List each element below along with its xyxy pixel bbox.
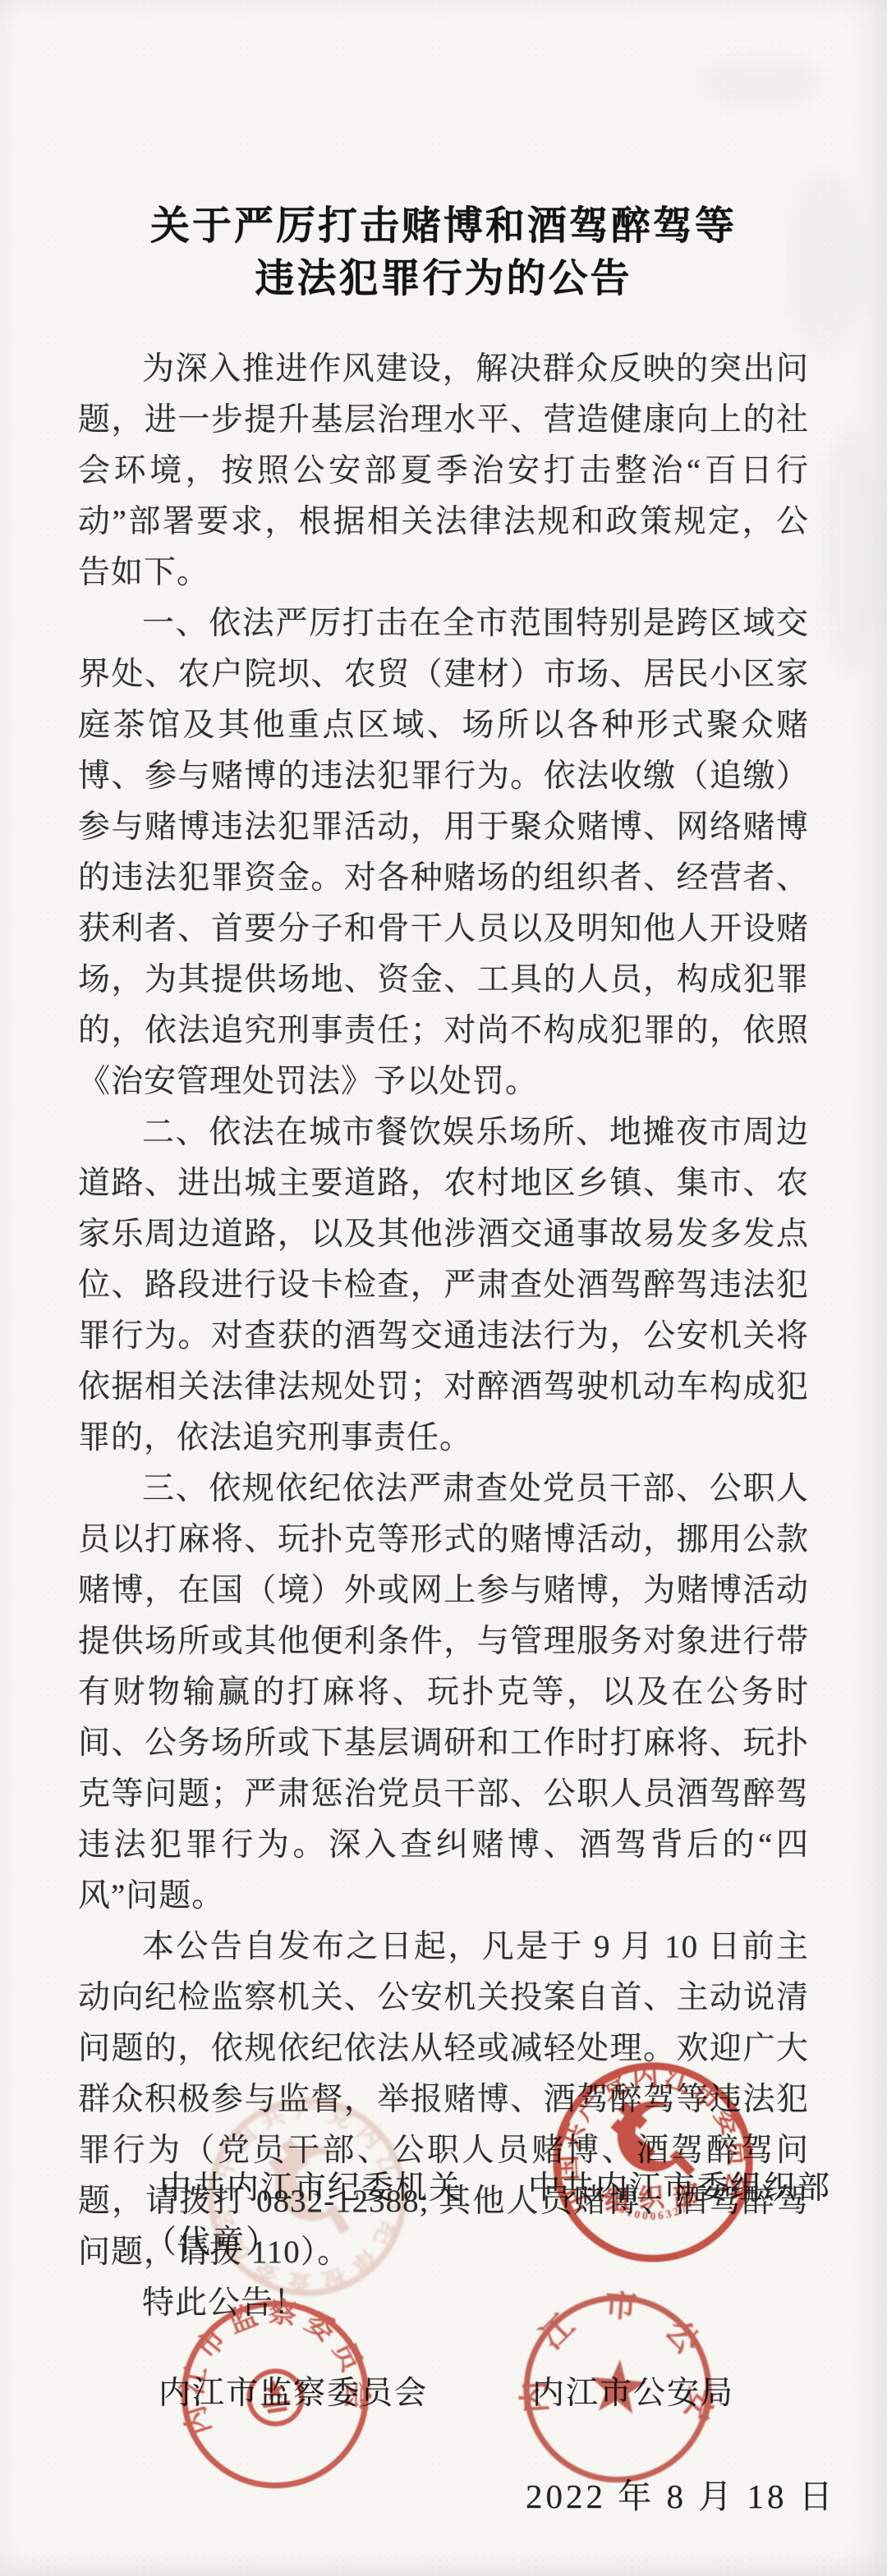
paragraph-item-3: 三、依规依纪依法严肃查处党员干部、公职人员以打麻将、玩扑克等形式的赌博活动，挪用… [78, 1464, 809, 1922]
scanned-announcement-page: 关于严厉打击赌博和酒驾醉驾等 违法犯罪行为的公告 为深入推进作风建设，解决群众反… [0, 0, 887, 2576]
paragraph-item-2: 二、依法在城市餐饮娱乐场所、地摊夜市周边道路、进出城主要道路，农村地区乡镇、集市… [78, 1107, 809, 1464]
hammer-sickle-icon [259, 2135, 364, 2235]
national-emblem-icon [246, 2367, 306, 2427]
stamp-public-security-bureau: 内江市公安局 [512, 2283, 724, 2495]
scan-smudge [698, 57, 821, 107]
title-line-2: 违法犯罪行为的公告 [0, 253, 887, 305]
star-icon [588, 2357, 648, 2414]
stamp-supervisory-commission: 内江市监察委员会 [165, 2285, 386, 2505]
scan-smudge [821, 427, 879, 673]
paragraph-intro: 为深入推进作风建设，解决群众反映的突出问题，进一步提升基层治理水平、营造健康向上… [78, 344, 809, 598]
stamp-ring-text: 内江市监察委员会 [165, 2285, 377, 2441]
hammer-sickle-icon [609, 2097, 696, 2181]
paragraph-item-1: 一、依法严厉打击在全市范围特别是跨区域交界处、农户院坝、农贸（建材）市场、居民小… [78, 598, 809, 1107]
stamp-ring-text: 内江市公安局 [512, 2283, 724, 2432]
title-line-1: 关于严厉打击赌博和酒驾醉驾等 [0, 200, 887, 253]
announcement-body: 为深入推进作风建设，解决群众反映的突出问题，进一步提升基层治理水平、营造健康向上… [78, 344, 809, 2329]
page-title: 关于严厉打击赌博和酒驾醉驾等 违法犯罪行为的公告 [0, 200, 887, 305]
stamp-organization-dept: 中国共产党内江市委员会 组织部 5110010006327 [543, 2052, 764, 2273]
stamp-discipline-commission: 中国共产党内江市纪律检查委员会 [187, 2077, 427, 2317]
svg-text:内江市公安局: 内江市公安局 [512, 2283, 724, 2432]
svg-text:内江市监察委员会: 内江市监察委员会 [165, 2285, 377, 2441]
